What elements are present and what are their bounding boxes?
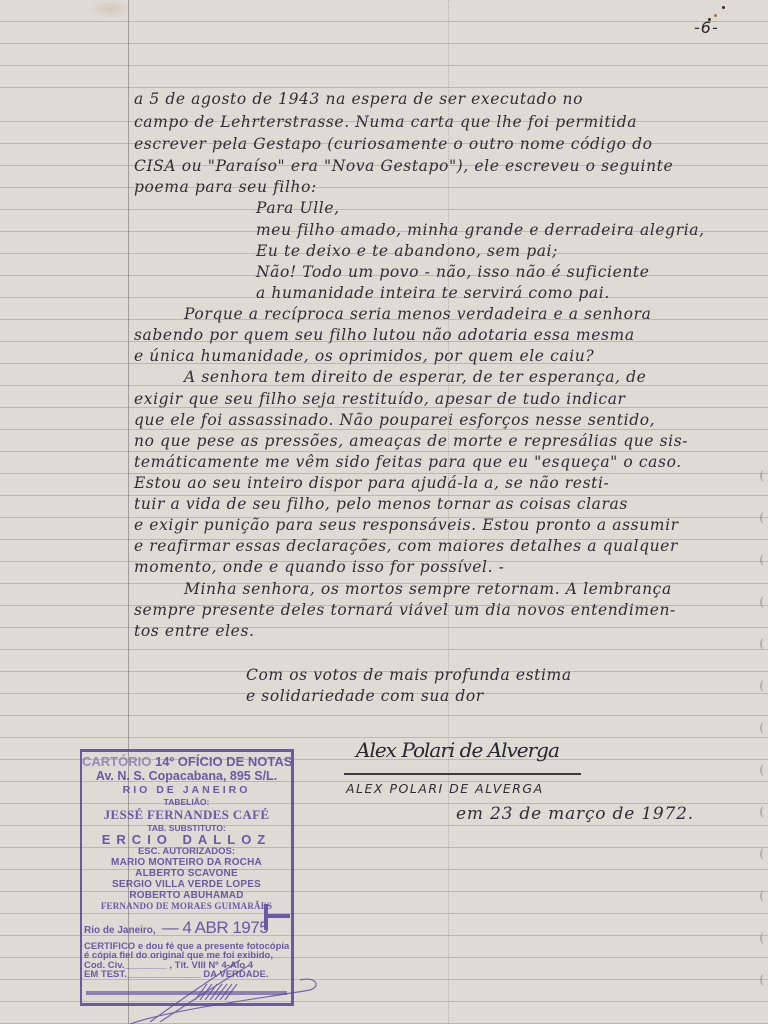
text-line: a 5 de agosto de 1943 na espera de ser e… <box>134 90 583 108</box>
text-line: tos entre eles. <box>134 622 255 640</box>
ruled-paper-page: -6- a 5 de agosto de 1943 na espera de s… <box>0 0 768 1024</box>
stamp-place: Rio de Janeiro, <box>84 925 156 936</box>
text-line: A senhora tem direito de esperar, de ter… <box>184 368 646 386</box>
text-line: campo de Lehrterstrasse. Numa carta que … <box>134 113 637 131</box>
stamp-substituto-label: TAB. SUBSTITUTO: <box>82 824 291 833</box>
stamp-tabeliao-label: TABELIÃO: <box>82 798 291 807</box>
poem-line: Eu te deixo e te abandono, sem pai; <box>256 242 558 260</box>
text-line: tuir a vida de seu filho, pelo menos tor… <box>134 495 628 513</box>
page-number: -6- <box>694 18 719 37</box>
text-line: poema para seu filho: <box>134 178 317 196</box>
text-line: que ele foi assassinado. Não pouparei es… <box>134 411 655 429</box>
stamp-substituto: ERCIO DALLOZ <box>82 833 291 846</box>
stamp-bracket-mark <box>264 904 294 930</box>
stamp-date-row: Rio de Janeiro,— 4 ABR 1975 <box>82 918 291 938</box>
stamp-city: RIO DE JANEIRO <box>82 785 291 796</box>
text-line: CISA ou "Paraíso" era "Nova Gestapo"), e… <box>134 157 673 175</box>
text-line: temáticamente me vêm sido feitas para qu… <box>134 453 682 471</box>
stamp-title: CARTÓRIO 14º OFÍCIO DE NOTAS <box>82 755 291 768</box>
punch-holes <box>758 470 768 1024</box>
letter-date: em 23 de março de 1972. <box>456 804 694 824</box>
stamp-autorizados-label: ESC. AUTORIZADOS: <box>82 847 291 857</box>
text-line: escrever pela Gestapo (curiosamente o ou… <box>134 135 653 153</box>
text-line: no que pese as pressões, ameaças de mort… <box>134 432 688 450</box>
text-line: exigir que seu filho seja restituído, ap… <box>134 390 626 408</box>
stamp-date: — 4 ABR 1975 <box>162 918 268 937</box>
stamp-address: Av. N. S. Copacabana, 895 S/L. <box>82 770 291 783</box>
text-line: Minha senhora, os mortos sempre retornam… <box>184 580 672 598</box>
text-line: e reafirmar essas declarações, com maior… <box>134 537 678 555</box>
handwritten-signature: Alex Polari de Alverga <box>356 738 559 762</box>
text-line: e exigir punição para seus responsáveis.… <box>134 516 679 534</box>
signer-name: ALEX POLARI DE ALVERGA <box>346 781 544 796</box>
stamp-autorizado: MARIO MONTEIRO DA ROCHA <box>82 858 291 868</box>
closing-line: e solidariedade com sua dor <box>246 687 484 705</box>
closing-line: Com os votos de mais profunda estima <box>246 666 572 684</box>
stamp-autorizado: SERGIO VILLA VERDE LOPES <box>82 880 291 890</box>
poem-line: a humanidade inteira te servirá como pai… <box>256 284 610 302</box>
poem-line: Não! Todo um povo - não, isso não é sufi… <box>256 263 650 281</box>
poem-line: Para Ulle, <box>256 199 340 217</box>
stamp-autorizado: FERNANDO DE MORAES GUIMARÃES <box>82 902 291 911</box>
text-line: Estou ao seu inteiro dispor para ajudá-l… <box>134 474 609 492</box>
stamp-tabeliao: JESSÉ FERNANDES CAFÉ <box>82 808 291 821</box>
notary-signature-scribble <box>90 940 330 1024</box>
text-line: momento, onde e quando isso for possível… <box>134 558 504 576</box>
text-line: e única humanidade, os oprimidos, por qu… <box>134 347 594 365</box>
poem-line: meu filho amado, minha grande e derradei… <box>256 221 705 239</box>
paper-stain <box>90 0 130 18</box>
text-line: sempre presente deles tornará viável um … <box>134 601 676 619</box>
stamp-autorizado: ALBERTO SCAVONE <box>82 869 291 879</box>
signature-rule <box>344 773 581 775</box>
stamp-autorizado: ROBERTO ABUHAMAD <box>82 891 291 901</box>
text-line: sabendo por quem seu filho lutou não ado… <box>134 326 635 344</box>
text-line: Porque a recíproca seria menos verdadeir… <box>184 305 651 323</box>
